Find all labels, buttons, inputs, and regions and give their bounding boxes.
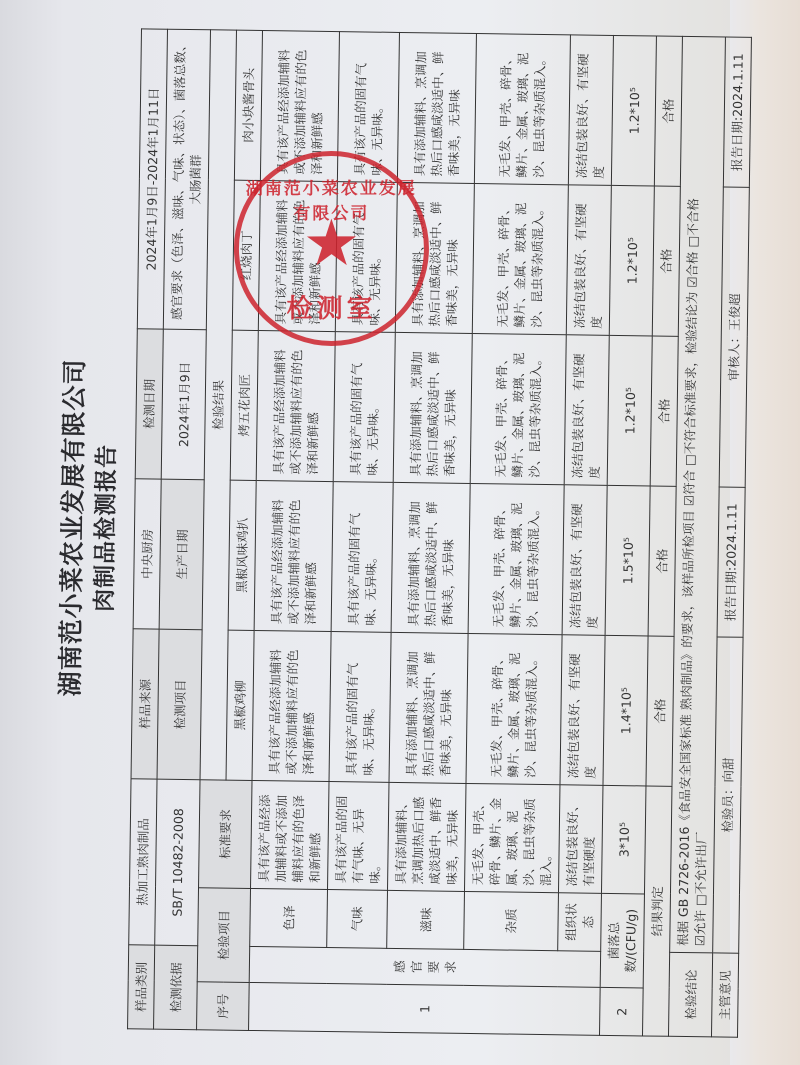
- report-date: 报告日期:2024.1.11: [717, 487, 745, 637]
- conclusion-label: 检验结论: [668, 952, 712, 1037]
- seal-center-text: 检测室: [239, 288, 424, 326]
- row-no: 2: [599, 987, 643, 1036]
- row-no: 1: [249, 982, 601, 1035]
- row-standard: 具有该产品的固有气味、无异味。: [328, 782, 390, 891]
- sample-category-value: 热加工熟肉制品: [129, 779, 157, 945]
- judgement-value: 合格: [646, 636, 674, 786]
- sample-name: 烤五花肉匠: [230, 330, 258, 480]
- not-conform-checkbox: □不符合标准要求，检验结论为: [682, 292, 699, 467]
- reviewer: 审核人：王俊超: [719, 187, 749, 487]
- judgement-value: 合格: [652, 186, 680, 336]
- result-cell: 1.4*10⁵: [603, 635, 648, 786]
- result-cell: 1.2*10⁵: [607, 335, 652, 486]
- allow-checkbox: ☑允许: [692, 910, 708, 946]
- row-item: 色泽: [250, 888, 328, 947]
- col-item: 检验项目: [197, 888, 250, 983]
- result-cell: 冻结包装良好、有坚硬度: [564, 335, 609, 486]
- col-standard: 标准要求: [199, 780, 253, 889]
- report-table: 样品类别 热加工熟肉制品 样品来源 中央厨房 检测日期 2024年1月9日-20…: [127, 28, 752, 1037]
- result-cell: 冻结包装良好、有坚硬度: [562, 485, 607, 636]
- not-allow-checkbox: □不允许出厂: [693, 832, 709, 907]
- judgement-label: 结果判定: [642, 786, 671, 1036]
- test-basis-value: SB/T 10482-2008: [155, 779, 200, 946]
- result-cell: 冻结包装良好、有坚硬度: [566, 185, 611, 336]
- conform-checkbox: ☑符合: [681, 470, 697, 506]
- row-standard: 3*10⁵: [601, 785, 646, 894]
- row-item: 菌落总数/(CFU/g): [600, 893, 644, 988]
- result-cell: 具有添加辅料、烹调加热后口感咸淡适中、鲜香味美，无异味: [393, 332, 472, 483]
- result-cell: 无毛发、甲壳、碎骨、鳞片、金属、玻璃、泥沙、昆虫等杂质混入。: [466, 633, 562, 784]
- row-item: 气味: [327, 890, 388, 949]
- result-cell: 具有该产品的固有气味、无异味。: [333, 332, 395, 483]
- sample-source-value: 中央厨房: [133, 479, 161, 629]
- report-sheet: 湖南范小菜农业发展有限公司 肉制品检测报告 样品类别 热加工熟肉制品 样品来源 …: [43, 22, 757, 1042]
- supervisor-label: 主管意见: [711, 953, 738, 1037]
- row-item: 杂质: [464, 891, 559, 950]
- company-seal: 湖南范小菜农业发展有限公司 ★ 检测室: [234, 151, 430, 347]
- test-items-label: 检测项目: [157, 629, 202, 780]
- row-group: 感官要求: [249, 946, 600, 987]
- result-cell: 具有该产品的固有气味、无异味。: [331, 482, 393, 633]
- sample-category-label: 样品类别: [128, 945, 155, 1029]
- row-item: 滋味: [387, 890, 465, 949]
- result-cell: 无毛发、甲壳、碎骨、鳞片、金属、玻璃、泥沙、昆虫等杂质混入。: [470, 333, 566, 484]
- row-standard: 无毛发、甲壳、碎骨、鳞片、金属、玻璃、泥沙、昆虫等杂质混入。: [464, 783, 559, 892]
- result-cell: 具有该产品经添加辅料或不添加辅料应有的色泽和新鲜感: [252, 630, 331, 781]
- result-cell: 冻结包装良好、有坚硬度: [560, 635, 605, 786]
- result-cell: 具有该产品经添加辅料或不添加辅料应有的色泽和新鲜感: [256, 330, 335, 481]
- sample-name: 肉小块酱骨头: [234, 30, 262, 180]
- not-qualified-checkbox: □不合格: [685, 198, 701, 248]
- result-cell: 无毛发、甲壳、碎骨、鳞片、金属、玻璃、泥沙、昆虫等杂质混入。: [472, 183, 568, 334]
- result-cell: 具有该产品的固有气味、无异味。: [329, 632, 391, 783]
- sample-source-label: 样品来源: [131, 629, 159, 779]
- test-date-label: 检测日期: [135, 329, 163, 479]
- result-cell: 具有该产品经添加辅料或不添加辅料应有的色泽和新鲜感: [254, 480, 333, 631]
- col-no: 序号: [197, 982, 250, 1031]
- report-date-2: 报告日期:2024.1.11: [723, 37, 751, 187]
- judgement-value: 合格: [654, 36, 682, 186]
- test-basis-label: 检测依据: [154, 945, 198, 1030]
- row-standard: 具有该产品经添加辅料或不添加辅料应有的色泽和新鲜感: [251, 780, 330, 889]
- judgement-value: 合格: [650, 336, 678, 486]
- result-cell: 1.2*10⁵: [609, 185, 654, 336]
- row-item: 组织状态: [558, 893, 602, 952]
- inspector: 检验员：向甜: [713, 637, 743, 953]
- row-standard: 具有添加辅料、烹调加热后口感咸淡适中、鲜香味美，无异味: [387, 782, 466, 891]
- title-block: 湖南范小菜农业发展有限公司 肉制品检测报告: [49, 22, 141, 1033]
- table-row: 杂质 无毛发、甲壳、碎骨、鳞片、金属、玻璃、泥沙、昆虫等杂质混入。 无毛发、甲壳…: [463, 33, 571, 1034]
- result-cell: 具有添加辅料、烹调加热后口感咸淡适中、鲜香味美，无异味: [397, 32, 476, 183]
- production-date-label: 生产日期: [159, 479, 204, 630]
- result-cell: 无毛发、甲壳、碎骨、鳞片、金属、玻璃、泥沙、昆虫等杂质混入。: [468, 483, 564, 634]
- result-cell: 无毛发、甲壳、碎骨、鳞片、金属、玻璃、泥沙、昆虫等杂质混入。: [474, 33, 570, 184]
- result-cell: 冻结包装良好、有坚硬度: [568, 35, 613, 186]
- result-cell: 具有添加辅料、烹调加热后口感咸淡适中、鲜香味美，无异味: [389, 632, 468, 783]
- sample-name: 黑椒风味鸡扒: [228, 480, 256, 630]
- result-cell: 具有添加辅料、烹调加热后口感咸淡适中、鲜香味美，无异味: [391, 482, 470, 633]
- result-cell: 1.5*10⁵: [605, 485, 650, 636]
- sample-name: 黑椒鸡柳: [226, 630, 254, 780]
- test-items-value: 感官要求（色泽、滋味、气味、状态）、菌落总数、大肠菌群: [163, 29, 210, 330]
- qualified-checkbox: ☑合格: [684, 251, 700, 287]
- star-icon: ★: [303, 211, 361, 275]
- result-cell: 1.2*10⁵: [611, 35, 656, 186]
- row-standard: 冻结包装良好、有坚硬度: [558, 785, 603, 894]
- judgement-value: 合格: [648, 486, 676, 636]
- production-date-value: 2024年1月9日: [161, 329, 206, 480]
